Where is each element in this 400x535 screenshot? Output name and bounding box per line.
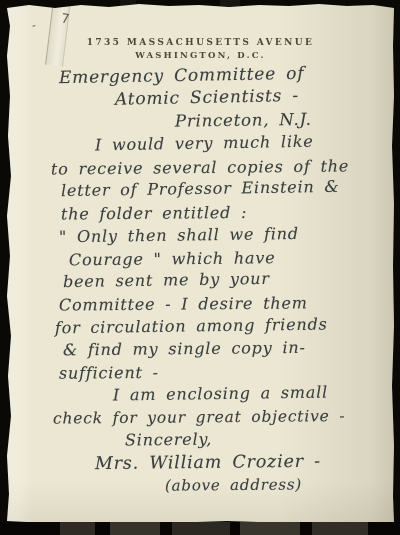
handwritten-body: Emergency Committee of Atomic Scientists… [7,68,394,499]
handwriting-line: " Only then shall we find [7,221,394,249]
scan-edge-bottom [0,522,400,535]
pencil-mark: 7 [60,14,70,25]
handwriting-line: & find my single copy in- [7,336,394,363]
letter-paper: - 7 1735 MASSACHUSETTS AVENUE WASHINGTON… [7,4,394,523]
scanned-letter: { "letterhead": { "address": "1735 MASSA… [0,0,400,535]
handwriting-line: letter of Professor Einstein & [7,175,394,204]
handwriting-line: I am enclosing a small [7,380,394,408]
letterhead-city: WASHINGTON, D.C. [7,51,394,61]
handwriting-line: (above address) [7,473,394,499]
handwriting-line: been sent me by your [7,266,394,295]
